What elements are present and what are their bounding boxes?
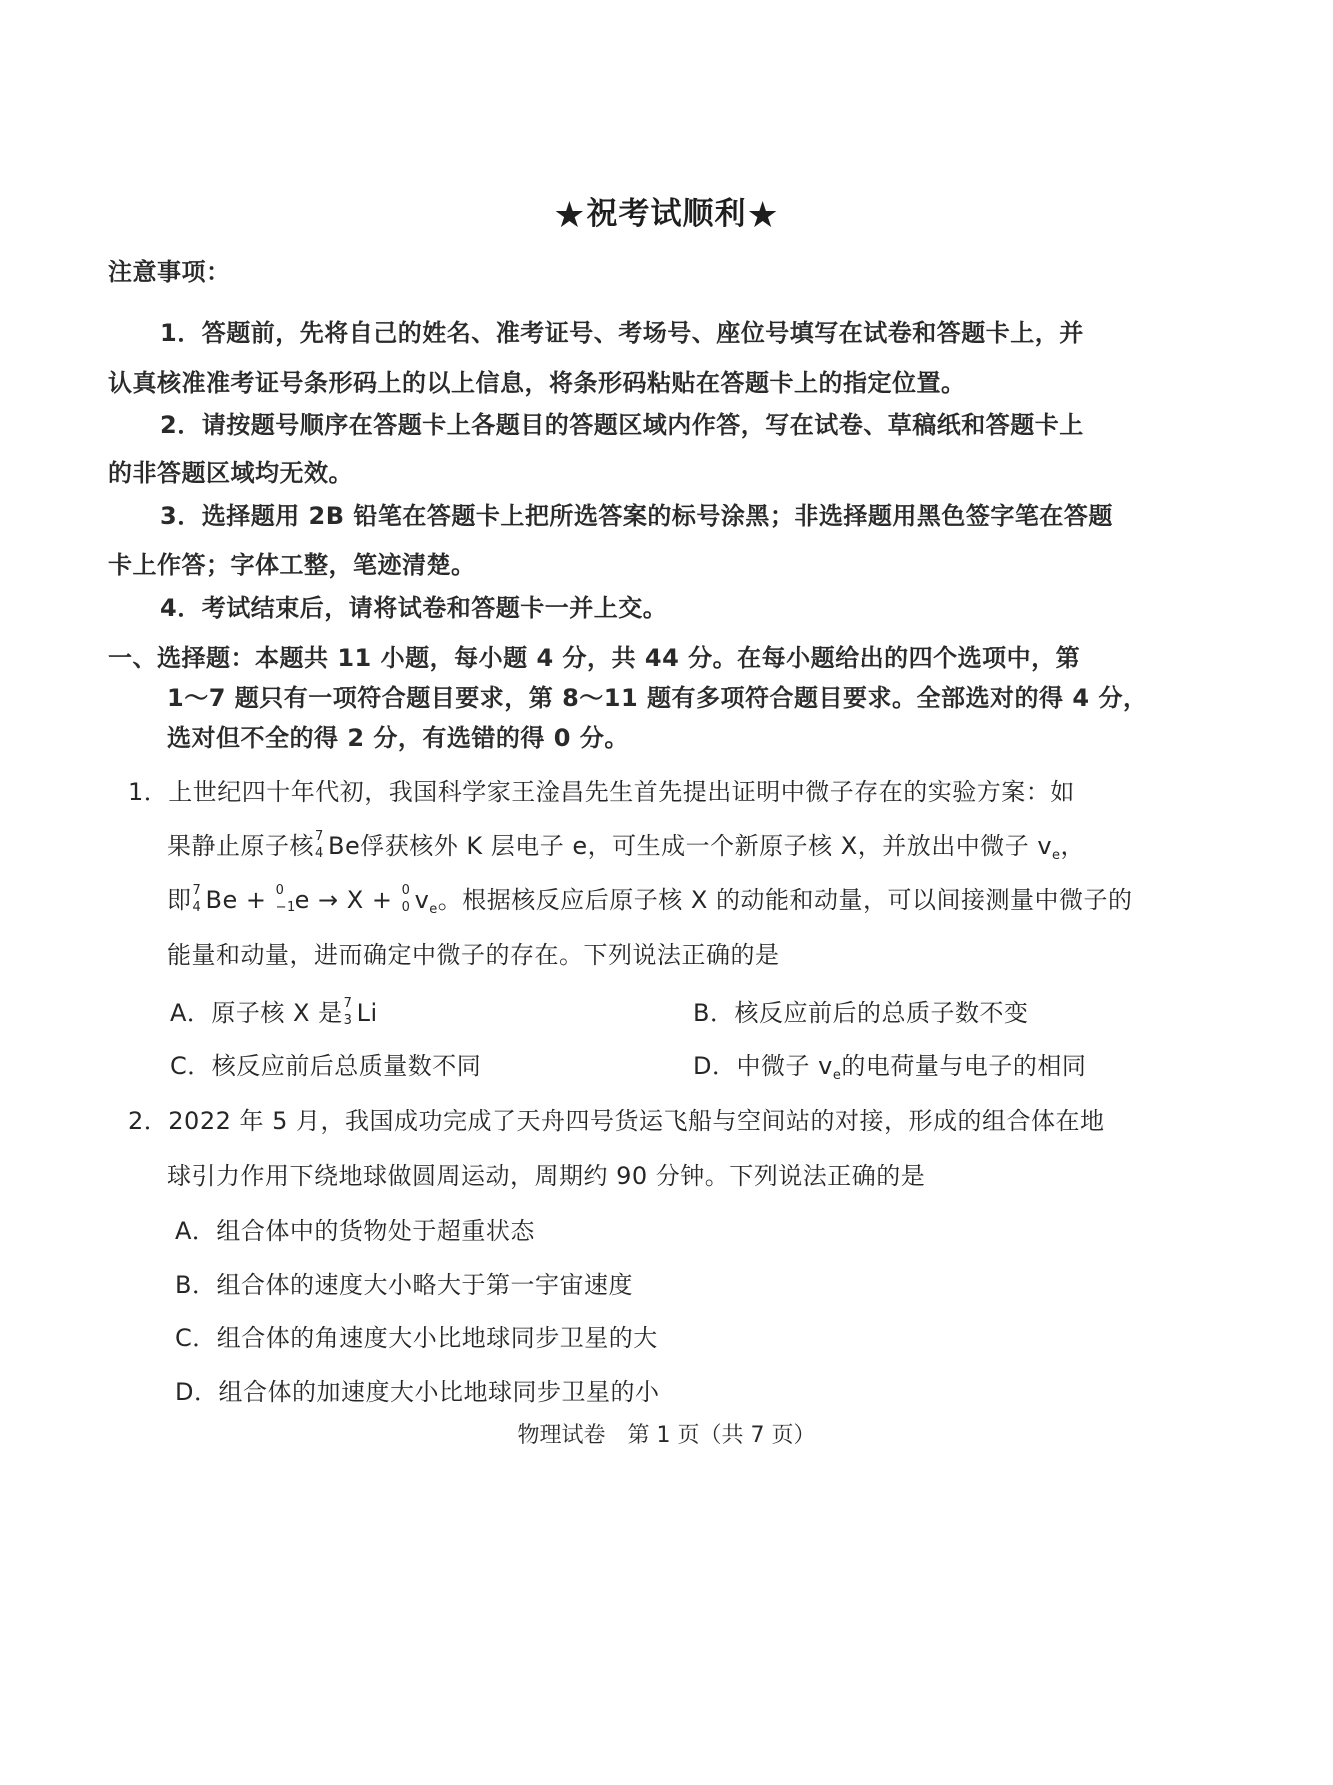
question-2-line2: 球引力作用下绕地球做圆周运动，周期约 90 分钟。下列说法正确的是 [167, 1156, 925, 1191]
question-2-option-a[interactable]: A．组合体中的货物处于超重状态 [175, 1211, 535, 1246]
notice-item-1-line1: 1．答题前，先将自己的姓名、准考证号、考场号、座位号填写在试卷和答题卡上，并 [160, 313, 1084, 348]
notice-item-1-line2: 认真核准准考证号条形码上的以上信息，将条形码粘贴在答题卡上的指定位置。 [108, 363, 966, 398]
notice-heading: 注意事项： [108, 252, 231, 287]
section-1-line2: 1～7 题只有一项符合题目要求，第 8～11 题有多项符合题目要求。全部选对的得… [167, 678, 1147, 713]
question-2-line1: 2．2022 年 5 月，我国成功完成了天舟四号货运飞船与空间站的对接，形成的组… [128, 1101, 1105, 1136]
notice-item-3-line1: 3．选择题用 2B 铅笔在答题卡上把所选答案的标号涂黑；非选择题用黑色签字笔在答… [160, 496, 1113, 531]
star-icon: ★ [747, 195, 780, 236]
question-1-option-b[interactable]: B．核反应前后的总质子数不变 [693, 993, 1028, 1028]
question-2-option-c[interactable]: C．组合体的角速度大小比地球同步卫星的大 [175, 1318, 658, 1353]
page-title: ★祝考试顺利★ [0, 188, 1333, 236]
title-text: 祝考试顺利 [587, 196, 747, 232]
nuclide-be: 74 [315, 834, 327, 858]
notice-item-4-line1: 4．考试结束后，请将试卷和答题卡一并上交。 [160, 588, 667, 623]
footer-page-number: 第 1 页（共 7 页） [628, 1423, 816, 1448]
question-2-option-b[interactable]: B．组合体的速度大小略大于第一宇宙速度 [175, 1265, 633, 1300]
question-1-line1: 1．上世纪四十年代初，我国科学家王淦昌先生首先提出证明中微子存在的实验方案：如 [128, 772, 1075, 807]
notice-item-2-line1: 2．请按题号顺序在答题卡上各题目的答题区域内作答，写在试卷、草稿纸和答题卡上 [160, 405, 1084, 440]
question-1-line4: 能量和动量，进而确定中微子的存在。下列说法正确的是 [167, 935, 780, 970]
star-icon: ★ [553, 195, 586, 236]
section-1-line1: 一、选择题：本题共 11 小题，每小题 4 分，共 44 分。在每小题给出的四个… [108, 638, 1080, 673]
footer-subject: 物理试卷 [518, 1423, 606, 1448]
notice-item-3-line2: 卡上作答；字体工整，笔迹清楚。 [108, 545, 476, 580]
question-1-line2: 果静止原子核74Be俘获核外 K 层电子 e，可生成一个新原子核 X，并放出中微… [167, 826, 1085, 863]
question-1-option-a[interactable]: A．原子核 X 是73Li [170, 993, 378, 1028]
notice-item-2-line2: 的非答题区域均无效。 [108, 453, 353, 488]
question-2-option-d[interactable]: D．组合体的加速度大小比地球同步卫星的小 [175, 1372, 659, 1407]
section-1-line3: 选对但不全的得 2 分，有选错的得 0 分。 [167, 718, 629, 753]
question-1-option-c[interactable]: C．核反应前后总质量数不同 [170, 1046, 481, 1081]
question-1-option-d[interactable]: D．中微子 ve的电荷量与电子的相同 [693, 1046, 1086, 1083]
page-footer: 物理试卷第 1 页（共 7 页） [0, 1418, 1333, 1449]
question-1-line3-equation: 即74Be + 0−1e → X + 00ve。根据核反应后原子核 X 的动能和… [167, 880, 1132, 917]
